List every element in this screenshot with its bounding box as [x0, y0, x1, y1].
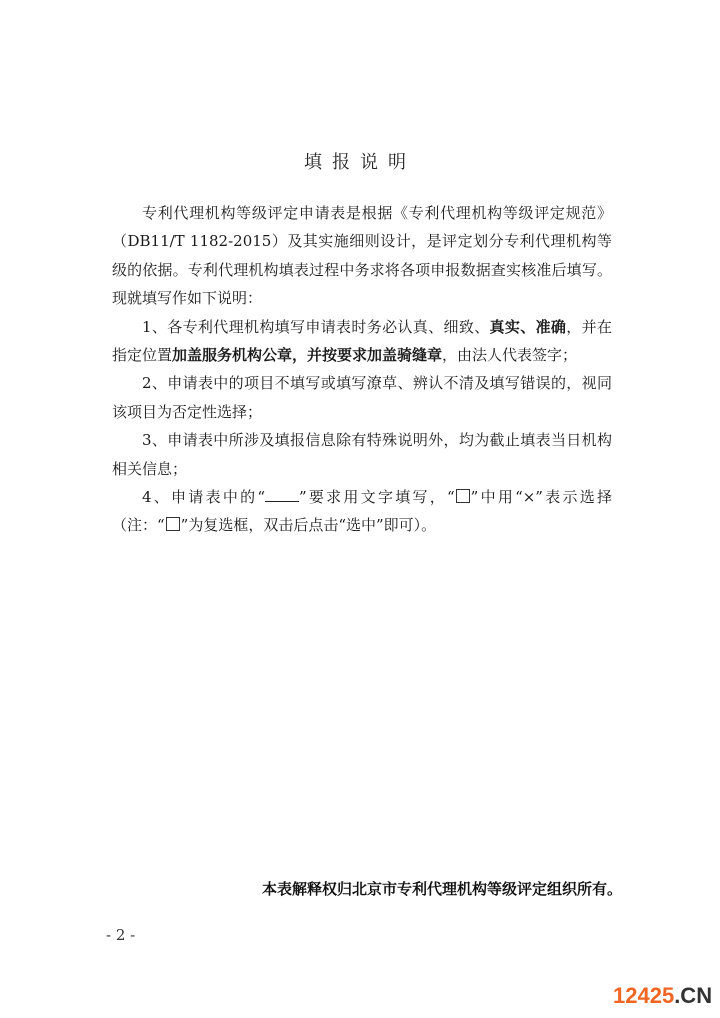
document-page: 填报说明 专利代理机构等级评定申请表是根据《专利代理机构等级评定规范》（DB11… — [0, 0, 720, 1018]
item-1-text: 1、各专利代理机构填写申请表时务必认真、细致、 — [142, 318, 490, 336]
instruction-item-3: 3、申请表中所涉及填报信息除有特殊说明外，均为截止填表当日机构相关信息； — [112, 426, 612, 483]
item-4-text: 4、申请表中的“ — [142, 488, 265, 506]
item-1-text-end: ，由法人代表签字； — [442, 346, 577, 364]
page-title: 填报说明 — [0, 148, 720, 174]
instruction-item-2: 2、申请表中的项目不填写或填写潦草、辨认不清及填写错误的，视同该项目为否定性选择… — [112, 369, 612, 426]
item-1-bold-text: 真实、准确 — [490, 318, 567, 336]
watermark-number: 12425 — [613, 983, 674, 1008]
checkbox-icon — [456, 489, 470, 503]
page-number: - 2 - — [106, 926, 135, 944]
item-1-bold-seal: 加盖服务机构公章，并按要求加盖骑缝章 — [172, 346, 442, 364]
document-body: 专利代理机构等级评定申请表是根据《专利代理机构等级评定规范》（DB11/T 11… — [112, 199, 612, 540]
intro-paragraph: 专利代理机构等级评定申请表是根据《专利代理机构等级评定规范》（DB11/T 11… — [112, 199, 612, 313]
blank-underline — [265, 487, 299, 502]
watermark-tld: .CN — [674, 983, 712, 1008]
item-4-text-4: ”为复选框，双击后点击“选中”即可）。 — [181, 516, 437, 534]
instruction-item-1: 1、各专利代理机构填写申请表时务必认真、细致、真实、准确，并在指定位置加盖服务机… — [112, 313, 612, 370]
instruction-item-4: 4、申请表中的“”要求用文字填写，“”中用“×”表示选择（注：“”为复选框，双击… — [112, 483, 612, 540]
footer-note: 本表解释权归北京市专利代理机构等级评定组织所有。 — [262, 878, 622, 899]
site-watermark: 12425.CN — [613, 983, 712, 1009]
item-4-text-2: ”要求用文字填写，“ — [299, 488, 455, 506]
checkbox-icon — [166, 517, 180, 531]
